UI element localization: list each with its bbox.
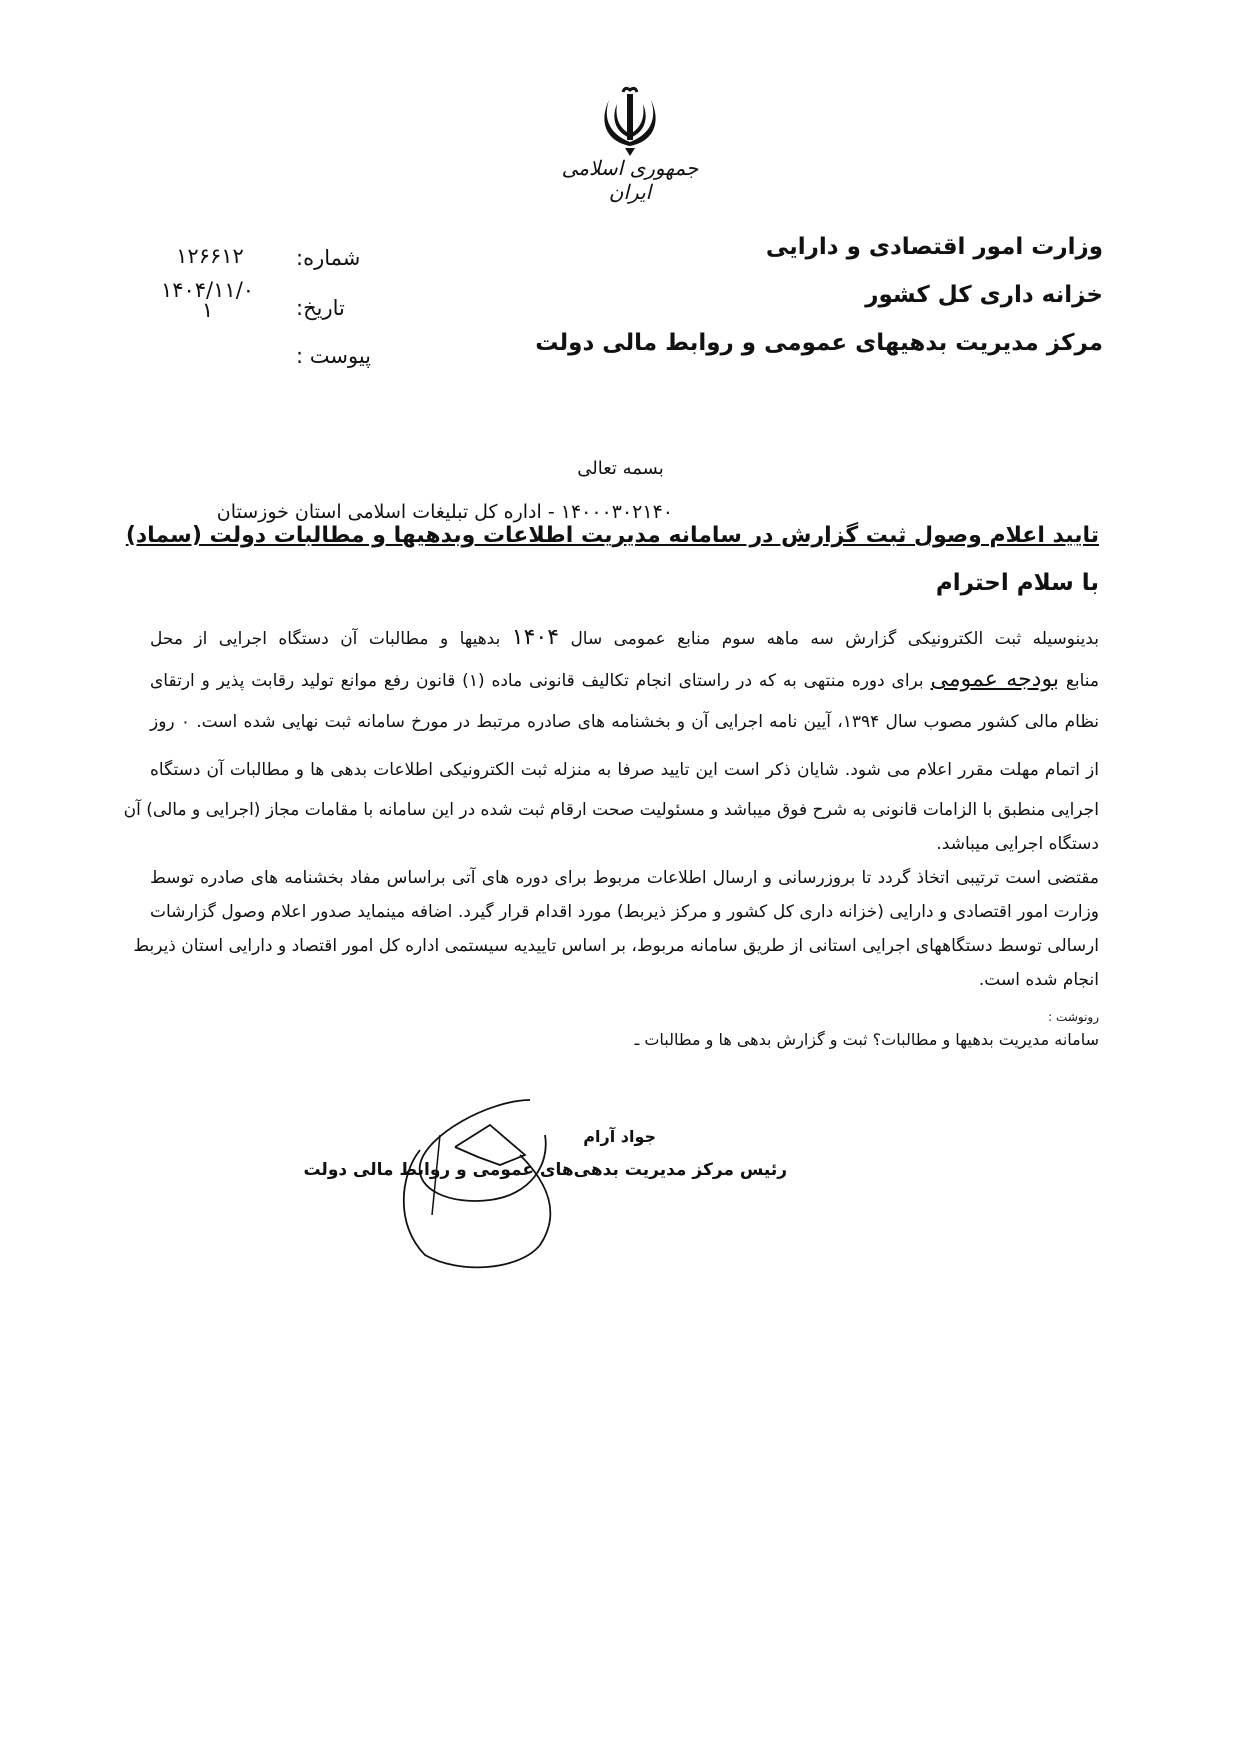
org-center: مرکز مدیریت بدهیهای عمومی و روابط مالی د… bbox=[535, 332, 1103, 355]
number-value: ۱۲۶۶۱۲ bbox=[160, 244, 260, 268]
handwritten-signature-icon bbox=[380, 1095, 620, 1270]
body-line-8: وزارت امور اقتصادی و دارایی (خزانه داری … bbox=[150, 902, 1099, 922]
cc-label: رونوشت : bbox=[1048, 1010, 1099, 1024]
signatory-title: رئیس مرکز مدیریت بدهی‌های عمومی و روابط … bbox=[303, 1160, 787, 1180]
org-ministry: وزارت امور اقتصادی و دارایی bbox=[766, 236, 1103, 259]
number-label: شماره: bbox=[296, 246, 360, 270]
org-treasury: خزانه داری کل کشور bbox=[865, 284, 1103, 307]
body-line-1: بدینوسیله ثبت الکترونیکی گزارش سه ماهه س… bbox=[150, 625, 1099, 650]
greeting: با سلام احترام bbox=[936, 570, 1099, 596]
budget-type: بودجه عمومی bbox=[931, 667, 1059, 692]
report-year: ۱۴۰۴ bbox=[512, 625, 559, 650]
body-line-4: از اتمام مهلت مقرر اعلام می شود. شایان ذ… bbox=[150, 760, 1099, 780]
body-line-5: اجرایی منطبق با الزامات قانونی به شرح فو… bbox=[150, 800, 1099, 820]
date-label: تاریخ: bbox=[296, 296, 345, 320]
body-line-6: دستگاه اجرایی میباشد. bbox=[150, 834, 1099, 854]
body-text: منابع bbox=[1066, 671, 1099, 691]
body-line-3: نظام مالی کشور مصوب سال ۱۳۹۴، آیین نامه … bbox=[150, 712, 1099, 732]
body-text: برای دوره منتهی به که در راستای انجام تک… bbox=[150, 671, 924, 691]
body-text: بدهیها و مطالبات آن دستگاه اجرایی از محل bbox=[150, 629, 500, 649]
letter-subject: تایید اعلام وصول ثبت گزارش در سامانه مدی… bbox=[126, 523, 1099, 548]
cc-text: سامانه مدیریت بدهیها و مطالبات؟ ثبت و گز… bbox=[635, 1030, 1099, 1049]
attachment-label: پیوست : bbox=[296, 344, 371, 368]
body-line-9: ارسالی توسط دستگاههای اجرایی استانی از ط… bbox=[150, 936, 1099, 956]
signatory-name: جواد آرام bbox=[583, 1127, 656, 1146]
letterhead-emblem: جمهوری اسلامی ایران bbox=[540, 86, 720, 204]
basmala: بسمه تعالی bbox=[0, 458, 1241, 479]
body-text: بدینوسیله ثبت الکترونیکی گزارش سه ماهه س… bbox=[570, 629, 1099, 649]
body-line-7: مقتضی است ترتیبی اتخاذ گردد تا بروزرسانی… bbox=[150, 868, 1099, 888]
recipient: ۱۴۰۰۰۳۰۲۱۴۰ - اداره کل تبلیغات اسلامی اس… bbox=[217, 501, 673, 523]
emblem-caption: جمهوری اسلامی ایران bbox=[540, 156, 720, 204]
body-line-2: منابع بودجه عمومی برای دوره منتهی به که … bbox=[150, 667, 1099, 692]
iran-emblem-icon bbox=[595, 86, 665, 158]
date-value: ۱۴۰۴/۱۱/۰ ۱ bbox=[150, 278, 265, 322]
body-line-10: انجام شده است. bbox=[150, 970, 1099, 990]
